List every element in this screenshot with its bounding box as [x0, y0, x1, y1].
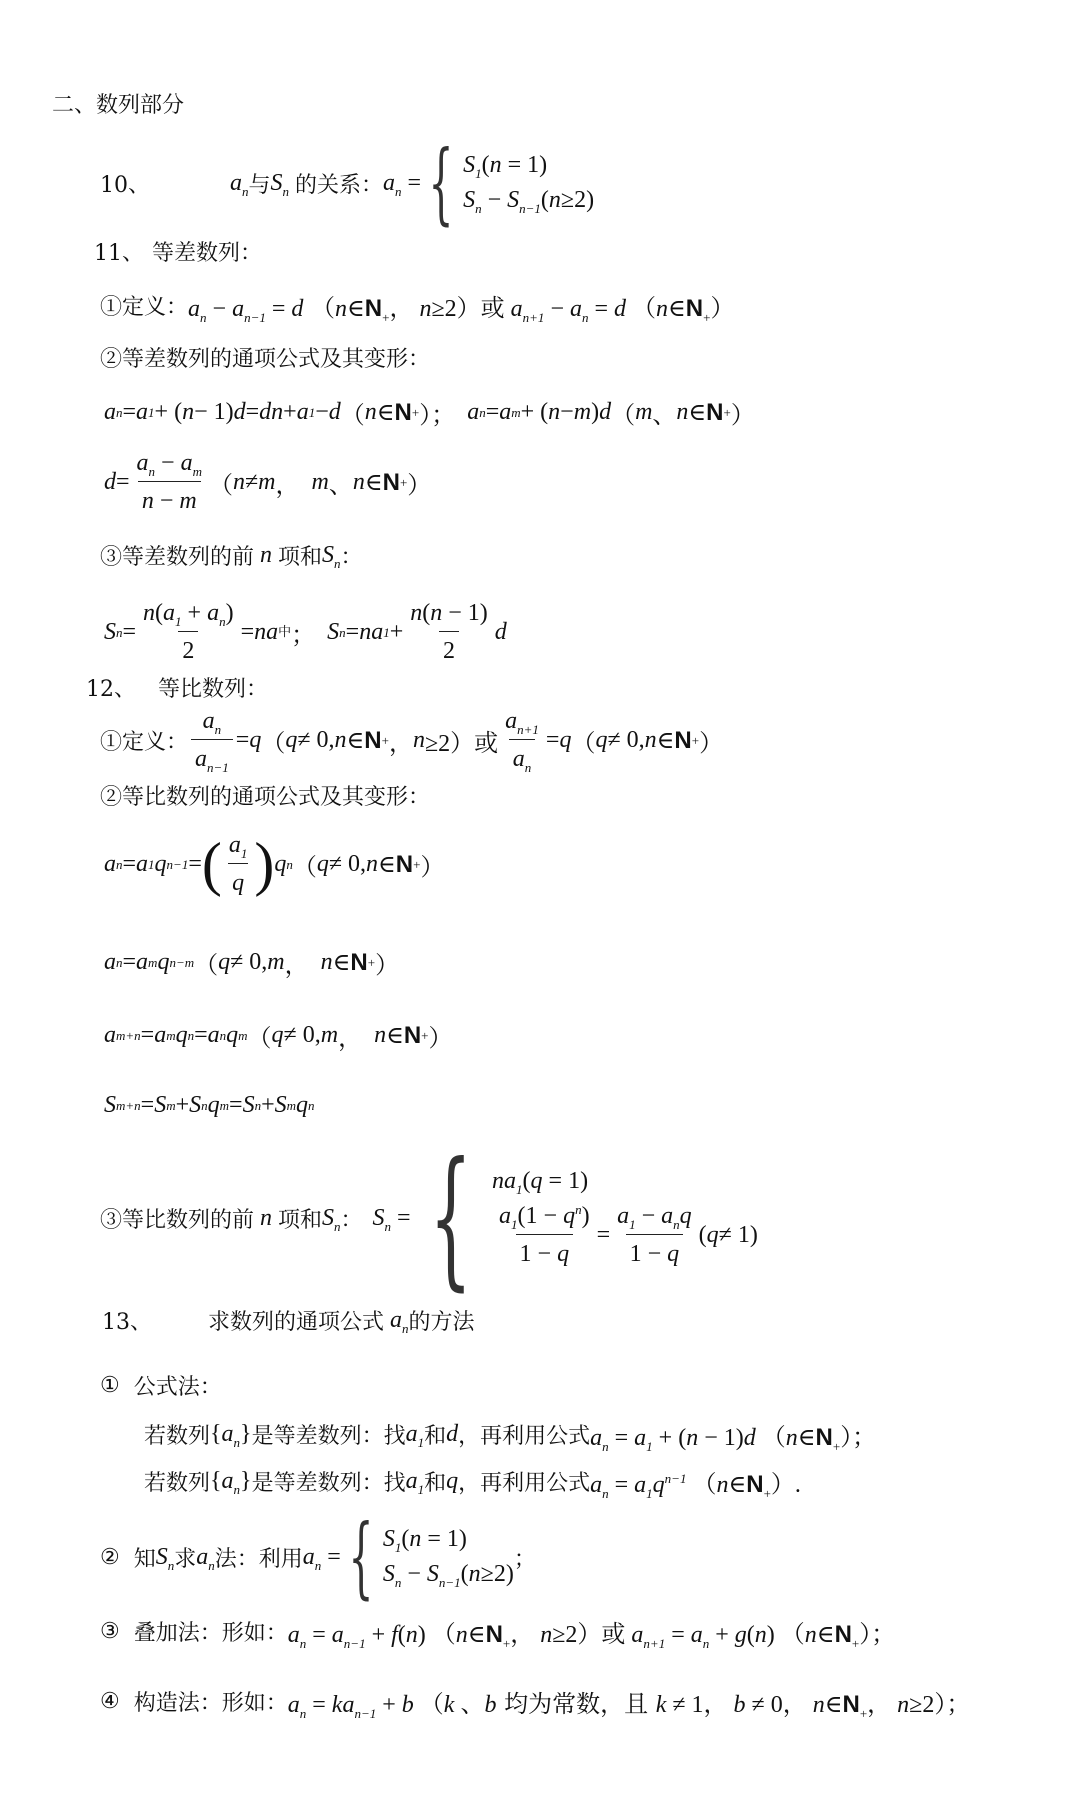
method-4: ④ 构造法：形如： an = kan−1 + b （k 、b 均为常数，且 k …	[100, 1684, 970, 1719]
fraction: an − amn − m	[133, 450, 206, 515]
text: 的关系：	[295, 168, 383, 199]
item-13-title: 13、 求数列的通项公式 an 的方法	[102, 1305, 475, 1336]
text: 是等差数列：找	[252, 1466, 406, 1497]
math-n: n	[254, 542, 278, 569]
method-title: 公式法：	[134, 1370, 222, 1401]
text: 是等差数列：找	[252, 1419, 406, 1450]
case-2: a1(1 − qn)1 − q = a1 − anq1 − q (q ≠ 1)	[492, 1203, 758, 1268]
math-d: d	[446, 1421, 458, 1448]
formula: an = a1 + (n − 1)d （n∈N+）；	[590, 1417, 876, 1452]
math-a1: a1	[406, 1421, 425, 1448]
item-number: 10、	[100, 168, 150, 199]
method-3: ③ 叠加法：形如： an = an−1 + f(n) （n∈N+， n≥2）或 …	[100, 1614, 895, 1649]
text: ：	[341, 1203, 363, 1234]
geo-definition: ①定义： anan−1 = q （q ≠ 0, n∈N+， n≥2）或 an+1…	[100, 708, 723, 773]
brace-icon: {	[348, 1513, 373, 1601]
math-Sn: Sn	[322, 1205, 341, 1232]
text: 求	[174, 1542, 196, 1573]
item-10: 10、 an 与 Sn 的关系： an = { S1(n = 1) Sn − S…	[100, 148, 594, 218]
piecewise: { S1(n = 1) Sn − Sn−1(n≥2)	[341, 1513, 514, 1601]
formula: an = an−1 + f(n) （n∈N+， n≥2）或 an+1 = an …	[288, 1614, 896, 1649]
item-number: 12、	[86, 672, 136, 703]
text: 项和	[278, 1203, 322, 1234]
case-1: S1(n = 1)	[383, 1526, 514, 1553]
math-n: n	[254, 1205, 278, 1232]
geo-sum: ③等比数列的前 n 项和 Sn ： Sn = { na1(q = 1) a1(1…	[100, 1158, 758, 1278]
arith-definition: ①定义： an − an−1 = d （n∈N+， n≥2）或 an+1 − a…	[100, 288, 734, 323]
arith-general-formula-2: d = an − amn − m （n ≠ m， m 、n∈N+）	[104, 450, 431, 515]
text: 与	[249, 168, 271, 199]
text: ，再利用公式	[458, 1419, 590, 1450]
text: 的方法	[409, 1305, 475, 1336]
method-title: 构造法：形如：	[134, 1686, 288, 1717]
item-number: 11、	[94, 236, 144, 267]
text: 项和	[278, 540, 322, 571]
math-an: an	[230, 170, 249, 197]
method-title: 叠加法：形如：	[134, 1616, 288, 1647]
math-a1: a1	[406, 1468, 425, 1495]
item-title: 等比数列：	[158, 672, 268, 703]
arith-sum-formula: Sn = n(a1 + an)2 = na中； Sn = na1 + n(n −…	[104, 600, 507, 665]
method-1-line-1: 若数列 {an} 是等差数列：找 a1 和 d ，再利用公式 an = a1 +…	[144, 1417, 876, 1452]
math-Sn: Sn	[271, 170, 290, 197]
math-set-an: {an}	[210, 1468, 252, 1495]
text: 若数列	[144, 1466, 210, 1497]
geo-formula-2: an = amqn−m （q ≠ 0, m， n∈N+）	[104, 945, 399, 980]
method-1-title: ① 公式法：	[100, 1370, 222, 1401]
math-an: an	[196, 1544, 215, 1571]
formula: an = kan−1 + b （k 、b 均为常数，且 k ≠ 1， b ≠ 0…	[288, 1684, 971, 1719]
text: 和	[424, 1419, 446, 1450]
math-an-eq: an =	[303, 1544, 341, 1571]
text: 若数列	[144, 1419, 210, 1450]
math-Sn: Sn	[322, 542, 341, 569]
fraction: n(a1 + an)2	[139, 600, 238, 665]
math-an: an	[384, 1307, 409, 1334]
text: ③等差数列的前	[100, 540, 254, 571]
arith-general-formula-1: an = a1 + (n − 1)d = dn + a1 − d （n∈N+）；…	[104, 395, 755, 430]
circled-number: ①	[100, 1373, 120, 1398]
circled-number: ④	[100, 1689, 120, 1714]
text: ，再利用公式	[458, 1466, 590, 1497]
geo-general-label: ②等比数列的通项公式及其变形：	[100, 780, 430, 811]
item-11-title: 11、 等差数列：	[94, 236, 262, 267]
circled-number: ②	[100, 1545, 120, 1570]
text: 知	[134, 1542, 156, 1573]
piecewise: { na1(q = 1) a1(1 − qn)1 − q = a1 − anq1…	[411, 1143, 758, 1293]
fraction: n(n − 1)2	[406, 600, 492, 665]
piecewise: { S1(n = 1) Sn − Sn−1(n≥2)	[421, 139, 594, 227]
text: ：	[341, 540, 363, 571]
formula: an = a1qn−1 （n∈N+）.	[590, 1464, 801, 1499]
math-Sn: Sn	[156, 1544, 175, 1571]
item-title: 等差数列：	[152, 236, 262, 267]
geo-formula-1: an = a1qn−1 = ( a1q )qn （q ≠ 0, n∈N+）	[104, 830, 444, 899]
formula: anan−1 = q （q ≠ 0, n∈N+， n≥2）或 an+1an = …	[188, 708, 723, 773]
brace-icon: {	[428, 139, 453, 227]
label: ①定义：	[100, 290, 188, 321]
case-1: na1(q = 1)	[492, 1168, 758, 1195]
case-2: Sn − Sn−1(n≥2)	[463, 187, 594, 214]
formula: an − an−1 = d （n∈N+， n≥2）或 an+1 − an = d…	[188, 288, 734, 323]
arith-general-label: ②等差数列的通项公式及其变形：	[100, 342, 430, 373]
text: 法：利用	[215, 1542, 303, 1573]
brace-icon: {	[429, 1143, 472, 1293]
item-12-title: 12、 等比数列：	[86, 672, 268, 703]
geo-formula-4: Sm+n = Sm + Snqm = Sn + Smqn	[104, 1092, 315, 1119]
text: ③等比数列的前	[100, 1203, 254, 1234]
method-1-line-2: 若数列 {an} 是等差数列：找 a1 和 q ，再利用公式 an = a1qn…	[144, 1464, 801, 1499]
case-2: Sn − Sn−1(n≥2)	[383, 1561, 514, 1588]
math-set-an: {an}	[210, 1421, 252, 1448]
geo-formula-3: am+n = amqn = anqm （q ≠ 0, m， n∈N+）	[104, 1018, 453, 1053]
case-1: S1(n = 1)	[463, 152, 594, 179]
section-title: 二、数列部分	[52, 88, 184, 119]
text: 和	[424, 1466, 446, 1497]
circled-number: ③	[100, 1619, 120, 1644]
math-an-eq: an =	[383, 170, 421, 197]
label: ①定义：	[100, 725, 188, 756]
item-number: 13、	[102, 1305, 152, 1336]
text: 求数列的通项公式	[208, 1305, 384, 1336]
method-2: ② 知 Sn 求 an 法：利用 an = { S1(n = 1) Sn − S…	[100, 1522, 536, 1592]
arith-sum-label: ③等差数列的前 n 项和 Sn ：	[100, 540, 363, 571]
math-q: q	[446, 1468, 458, 1495]
text: ；	[514, 1542, 536, 1573]
